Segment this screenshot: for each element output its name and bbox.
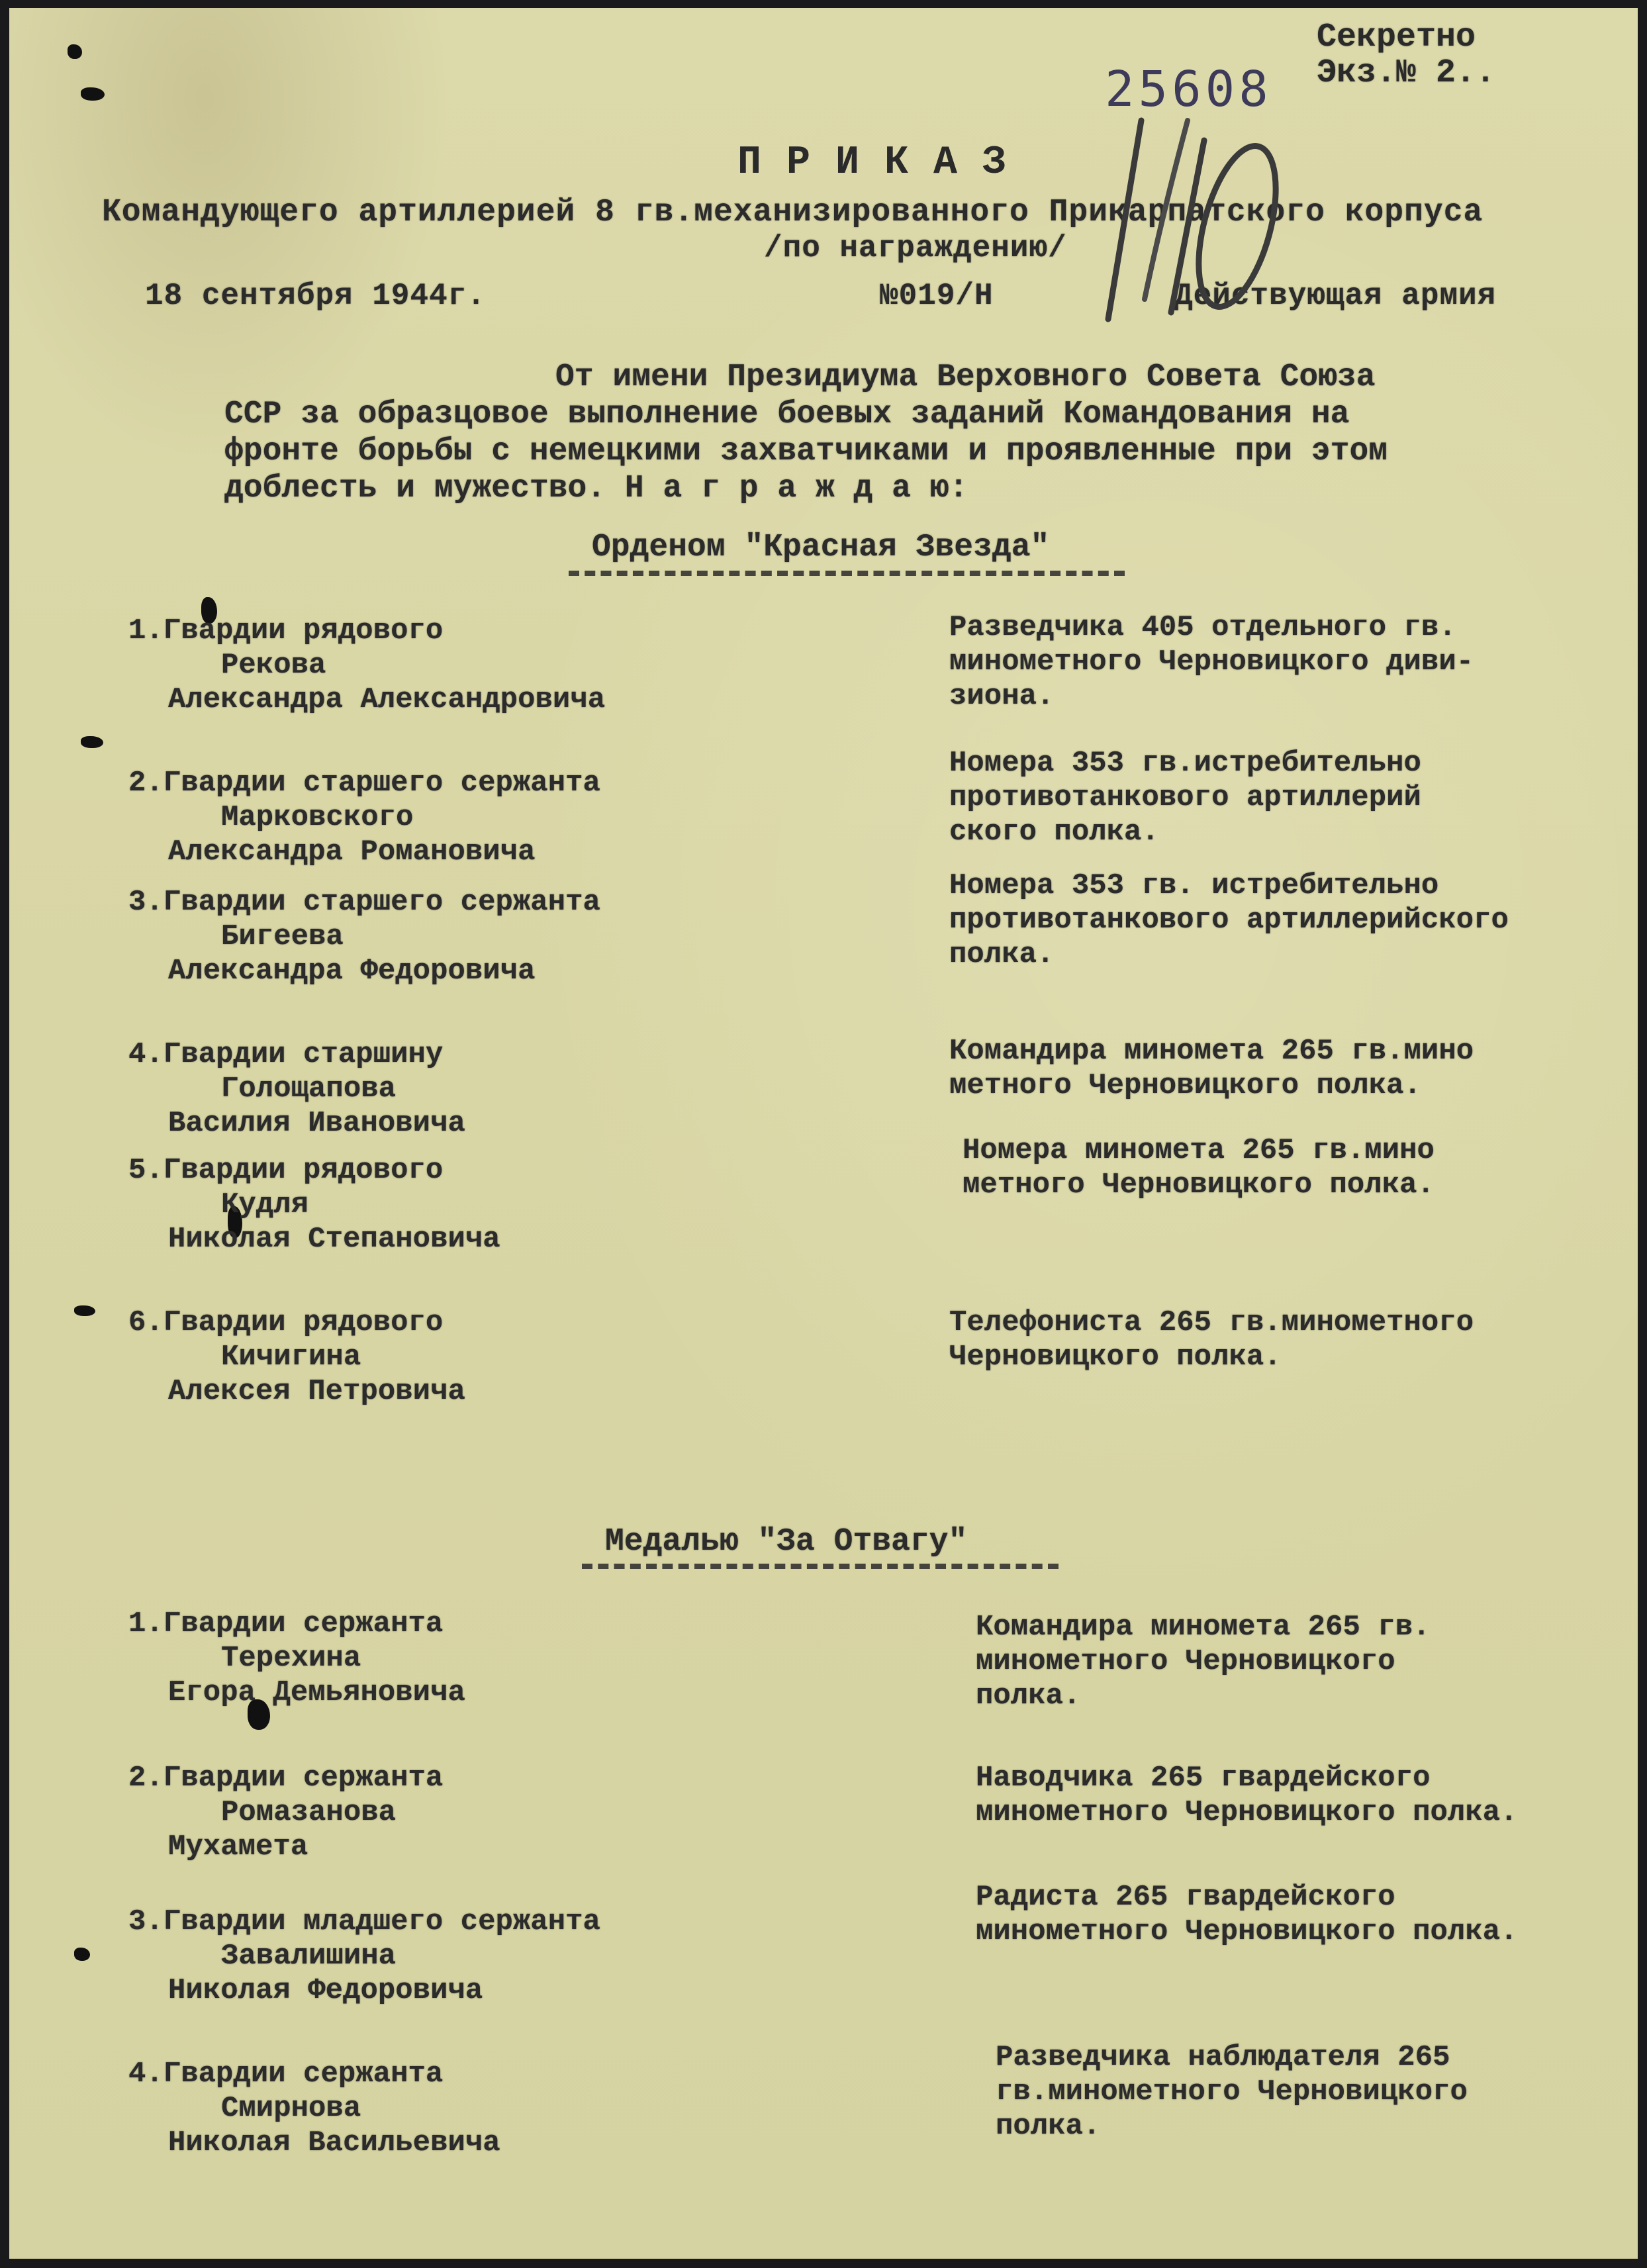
preamble-line: От имени Президиума Верховного Совета Со… [224, 359, 1482, 396]
recipient-given-names: Алексея Петровича [128, 1374, 890, 1409]
recipient-surname: Марковского [128, 800, 890, 835]
punch-hole [74, 1948, 90, 1961]
recipient-rank-line: 2.Гвардии сержанта [128, 1761, 890, 1795]
recipient-role: Командира миномета 265 гв. минометного Ч… [949, 1610, 1647, 1713]
recipient-entry: 4.Гвардии сержанта Смирнова Николая Васи… [128, 2057, 890, 2160]
recipient-surname: Завалишина [128, 1939, 890, 1973]
recipient-role: Телефониста 265 гв.минометного Черновицк… [949, 1305, 1631, 1374]
recipient-rank-line: 6.Гвардии рядового [128, 1305, 890, 1340]
recipient-surname: Бигеева [128, 920, 890, 954]
handwritten-signature-icon [1095, 101, 1307, 326]
recipient-role: Радиста 265 гвардейского минометного Чер… [949, 1880, 1647, 1949]
recipient-surname: Рекова [128, 648, 890, 683]
section-underline [582, 1557, 1059, 1569]
recipient-given-names: Николая Васильевича [128, 2126, 890, 2160]
recipient-surname: Терехина [128, 1641, 890, 1676]
recipient-rank-line: 1.Гвардии рядового [128, 614, 890, 648]
recipient-entry: 4.Гвардии старшину Голощапова Василия Ив… [128, 1037, 890, 1141]
document-title: ПРИКАЗ [737, 140, 1031, 185]
recipient-entry: 2.Гвардии сержанта Ромазанова Мухамета [128, 1761, 890, 1864]
copy-number: Экз.№ 2.. [1317, 56, 1495, 91]
section-title-red-star: Орденом "Красная Звезда" [592, 530, 1049, 565]
preamble-line: фронте борьбы с немецкими захватчиками и… [224, 433, 1482, 470]
secrecy-label: Секретно [1317, 20, 1495, 56]
recipient-rank-line: 2.Гвардии старшего сержанта [128, 766, 890, 800]
recipient-role: Номера миномета 265 гв.мино метного Черн… [949, 1133, 1644, 1202]
recipient-surname: Кудля [128, 1188, 890, 1222]
punch-hole [74, 1305, 95, 1316]
recipient-surname: Ромазанова [128, 1795, 890, 1830]
recipient-rank-line: 5.Гвардии рядового [128, 1153, 890, 1188]
recipient-given-names: Василия Ивановича [128, 1106, 890, 1141]
order-purpose: /по награждению/ [764, 233, 1067, 263]
section-underline [569, 564, 1125, 576]
recipient-role: Разведчика наблюдателя 265 гв.минометног… [949, 2040, 1647, 2144]
recipient-given-names: Николая Степановича [128, 1222, 890, 1256]
recipient-rank-line: 3.Гвардии старшего сержанта [128, 885, 890, 920]
punch-hole [68, 44, 82, 59]
recipient-given-names: Мухамета [128, 1830, 890, 1864]
recipient-rank-line: 4.Гвардии сержанта [128, 2057, 890, 2091]
recipient-given-names: Николая Федоровича [128, 1973, 890, 2008]
recipient-rank-line: 4.Гвардии старшину [128, 1037, 890, 1072]
recipient-entry: 1.Гвардии рядового Рекова Александра Але… [128, 614, 890, 717]
recipient-role: Номера 353 гв. истребительно противотанк… [949, 869, 1631, 972]
recipient-given-names: Александра Александровича [128, 683, 890, 717]
recipient-entry: 2.Гвардии старшего сержанта Марковского … [128, 766, 890, 869]
punch-hole [81, 87, 105, 101]
preamble-line: ССР за образцовое выполнение боевых зада… [224, 396, 1482, 433]
recipient-surname: Кичигина [128, 1340, 890, 1374]
recipient-entry: 5.Гвардии рядового Кудля Николая Степано… [128, 1153, 890, 1256]
preamble-line: доблесть и мужество. Н а г р а ж д а ю: [224, 470, 1482, 507]
recipient-role: Разведчика 405 отдельного гв. минометног… [949, 610, 1631, 714]
recipient-entry: 1.Гвардии сержанта Терехина Егора Демьян… [128, 1607, 890, 1710]
punch-hole [81, 736, 103, 748]
recipient-entry: 3.Гвардии старшего сержанта Бигеева Алек… [128, 885, 890, 988]
recipient-given-names: Александра Романовича [128, 835, 890, 869]
recipient-entry: 6.Гвардии рядового Кичигина Алексея Петр… [128, 1305, 890, 1409]
recipient-role: Командира миномета 265 гв.мино метного Ч… [949, 1034, 1631, 1103]
recipient-rank-line: 3.Гвардии младшего сержанта [128, 1905, 890, 1939]
order-date: 18 сентября 1944г. [145, 281, 486, 311]
recipient-given-names: Егора Демьяновича [128, 1676, 890, 1710]
recipient-entry: 3.Гвардии младшего сержанта Завалишина Н… [128, 1905, 890, 2008]
order-preamble: От имени Президиума Верховного Совета Со… [224, 359, 1482, 507]
document-page: 25608 Секретно Экз.№ 2.. ПРИКАЗ Командую… [9, 8, 1638, 2259]
recipient-given-names: Александра Федоровича [128, 954, 890, 988]
recipient-role: Номера 353 гв.истребительно противотанко… [949, 746, 1631, 849]
recipient-surname: Смирнова [128, 2091, 890, 2126]
section-title-for-courage: Медалью "За Отвагу" [605, 1524, 967, 1560]
secrecy-marking: Секретно Экз.№ 2.. [1317, 20, 1495, 91]
recipient-role: Наводчика 265 гвардейского минометного Ч… [949, 1761, 1647, 1830]
recipient-surname: Голощапова [128, 1072, 890, 1106]
recipient-rank-line: 1.Гвардии сержанта [128, 1607, 890, 1641]
order-number: №019/Н [880, 281, 994, 311]
